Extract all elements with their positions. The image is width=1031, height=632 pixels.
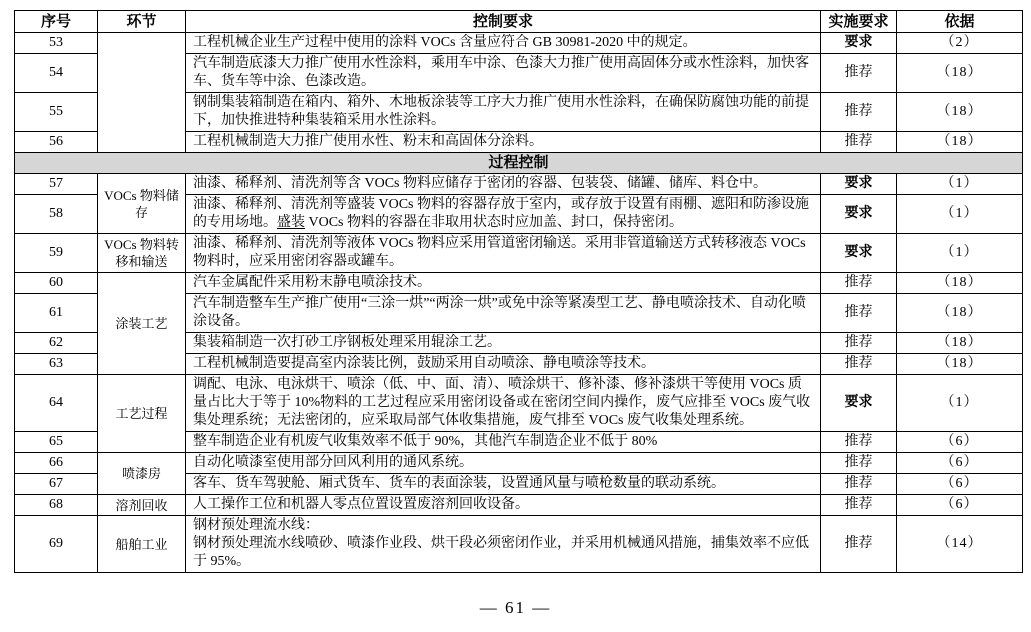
basis-cell: （1） [897, 174, 1023, 195]
implementation-cell: 推荐 [821, 273, 897, 294]
stage-cell: 喷漆房 [98, 453, 186, 495]
table-row: 60 涂装工艺 汽车金属配件采用粉末静电喷涂技术。 推荐 （18） [15, 273, 1023, 294]
requirement-text-post: VOCs 物料的容器在非取用状态时应加盖、封口，保持密闭。 [305, 215, 683, 230]
stage-cell: VOCs 物料储存 [98, 174, 186, 234]
implementation-cell: 推荐 [821, 453, 897, 474]
basis-cell: （18） [897, 132, 1023, 153]
stage-cell: 船舶工业 [98, 516, 186, 573]
header-row: 序号 环节 控制要求 实施要求 依据 [15, 11, 1023, 33]
implementation-cell: 推荐 [821, 432, 897, 453]
implementation-cell: 推荐 [821, 516, 897, 573]
implementation-cell: 要求 [821, 195, 897, 234]
column-header-stage: 环节 [98, 11, 186, 33]
row-number-cell: 58 [15, 195, 98, 234]
table-row: 66 喷漆房 自动化喷漆室使用部分回风利用的通风系统。 推荐 （6） [15, 453, 1023, 474]
requirement-cell: 工程机械企业生产过程中使用的涂料 VOCs 含量应符合 GB 30981-202… [186, 33, 821, 54]
requirement-cell: 钢材预处理流水线： 钢材预处理流水线喷砂、喷漆作业段、烘干段必须密闭作业，并采用… [186, 516, 821, 573]
row-number-cell: 63 [15, 354, 98, 375]
row-number-cell: 57 [15, 174, 98, 195]
requirement-cell: 工程机械制造要提高室内涂装比例，鼓励采用自动喷涂、静电喷涂等技术。 [186, 354, 821, 375]
requirement-cell: 油漆、稀释剂、清洗剂等液体 VOCs 物料应采用管道密闭输送。采用非管道输送方式… [186, 234, 821, 273]
basis-cell: （18） [897, 294, 1023, 333]
stage-cell: 工艺过程 [98, 375, 186, 453]
basis-cell: （18） [897, 354, 1023, 375]
page-number: — 61 — [0, 598, 1031, 618]
basis-cell: （2） [897, 33, 1023, 54]
implementation-cell: 推荐 [821, 54, 897, 93]
requirement-cell: 汽车制造底漆大力推广使用水性涂料，乘用车中涂、色漆大力推广使用高固体分或水性涂料… [186, 54, 821, 93]
section-header-row: 过程控制 [15, 153, 1023, 174]
column-header-no: 序号 [15, 11, 98, 33]
implementation-cell: 推荐 [821, 294, 897, 333]
requirement-cell: 人工操作工位和机器人零点位置设置废溶剂回收设备。 [186, 495, 821, 516]
basis-cell: （6） [897, 474, 1023, 495]
implementation-cell: 推荐 [821, 354, 897, 375]
implementation-cell: 要求 [821, 174, 897, 195]
document-page: 序号 环节 控制要求 实施要求 依据 53 工程机械企业生产过程中使用的涂料 V… [0, 0, 1031, 632]
row-number-cell: 67 [15, 474, 98, 495]
basis-cell: （14） [897, 516, 1023, 573]
stage-cell: VOCs 物料转移和输送 [98, 234, 186, 273]
basis-cell: （1） [897, 375, 1023, 432]
requirement-cell: 油漆、稀释剂、清洗剂等含 VOCs 物料应储存于密闭的容器、包装袋、储罐、储库、… [186, 174, 821, 195]
basis-cell: （1） [897, 195, 1023, 234]
requirement-cell: 钢制集装箱制造在箱内、箱外、木地板涂装等工序大力推广使用水性涂料，在确保防腐蚀功… [186, 93, 821, 132]
implementation-cell: 要求 [821, 375, 897, 432]
row-number-cell: 56 [15, 132, 98, 153]
stage-cell: 溶剂回收 [98, 495, 186, 516]
requirement-cell: 调配、电泳、电泳烘干、喷涂（低、中、面、清）、喷涂烘干、修补漆、修补漆烘干等使用… [186, 375, 821, 432]
basis-cell: （6） [897, 495, 1023, 516]
section-header-label: 过程控制 [15, 153, 1023, 174]
column-header-requirement: 控制要求 [186, 11, 821, 33]
row-number-cell: 64 [15, 375, 98, 432]
requirement-cell: 油漆、稀释剂、清洗剂等盛装 VOCs 物料的容器存放于室内，或存放于设置有雨棚、… [186, 195, 821, 234]
implementation-cell: 推荐 [821, 333, 897, 354]
implementation-cell: 推荐 [821, 93, 897, 132]
table-row: 53 工程机械企业生产过程中使用的涂料 VOCs 含量应符合 GB 30981-… [15, 33, 1023, 54]
requirement-cell: 整车制造企业有机废气收集效率不低于 90%，其他汽车制造企业不低于 80% [186, 432, 821, 453]
table-row: 57 VOCs 物料储存 油漆、稀释剂、清洗剂等含 VOCs 物料应储存于密闭的… [15, 174, 1023, 195]
requirement-cell: 自动化喷漆室使用部分回风利用的通风系统。 [186, 453, 821, 474]
voc-control-requirements-table: 序号 环节 控制要求 实施要求 依据 53 工程机械企业生产过程中使用的涂料 V… [14, 10, 1023, 573]
column-header-basis: 依据 [897, 11, 1023, 33]
row-number-cell: 65 [15, 432, 98, 453]
basis-cell: （1） [897, 234, 1023, 273]
stage-cell: 涂装工艺 [98, 273, 186, 375]
table-row: 64 工艺过程 调配、电泳、电泳烘干、喷涂（低、中、面、清）、喷涂烘干、修补漆、… [15, 375, 1023, 432]
row-number-cell: 54 [15, 54, 98, 93]
requirement-cell: 汽车制造整车生产推广使用“三涂一烘”“两涂一烘”或免中涂等紧凑型工艺、静电喷涂技… [186, 294, 821, 333]
table-row: 59 VOCs 物料转移和输送 油漆、稀释剂、清洗剂等液体 VOCs 物料应采用… [15, 234, 1023, 273]
basis-cell: （6） [897, 453, 1023, 474]
requirement-cell: 集装箱制造一次打砂工序钢板处理采用辊涂工艺。 [186, 333, 821, 354]
implementation-cell: 要求 [821, 234, 897, 273]
requirement-text-underlined: 盛装 [277, 215, 305, 230]
requirement-cell: 工程机械制造大力推广使用水性、粉末和高固体分涂料。 [186, 132, 821, 153]
table-row: 68 溶剂回收 人工操作工位和机器人零点位置设置废溶剂回收设备。 推荐 （6） [15, 495, 1023, 516]
basis-cell: （18） [897, 54, 1023, 93]
row-number-cell: 62 [15, 333, 98, 354]
row-number-cell: 68 [15, 495, 98, 516]
row-number-cell: 60 [15, 273, 98, 294]
row-number-cell: 59 [15, 234, 98, 273]
column-header-implementation: 实施要求 [821, 11, 897, 33]
basis-cell: （18） [897, 273, 1023, 294]
row-number-cell: 53 [15, 33, 98, 54]
requirement-cell: 汽车金属配件采用粉末静电喷涂技术。 [186, 273, 821, 294]
requirement-cell: 客车、货车驾驶舱、厢式货车、货车的表面涂装，设置通风量与喷枪数量的联动系统。 [186, 474, 821, 495]
row-number-cell: 69 [15, 516, 98, 573]
stage-cell-empty [98, 33, 186, 153]
implementation-cell: 要求 [821, 33, 897, 54]
basis-cell: （18） [897, 333, 1023, 354]
implementation-cell: 推荐 [821, 474, 897, 495]
basis-cell: （18） [897, 93, 1023, 132]
row-number-cell: 61 [15, 294, 98, 333]
row-number-cell: 55 [15, 93, 98, 132]
basis-cell: （6） [897, 432, 1023, 453]
table-row: 69 船舶工业 钢材预处理流水线： 钢材预处理流水线喷砂、喷漆作业段、烘干段必须… [15, 516, 1023, 573]
implementation-cell: 推荐 [821, 132, 897, 153]
row-number-cell: 66 [15, 453, 98, 474]
implementation-cell: 推荐 [821, 495, 897, 516]
